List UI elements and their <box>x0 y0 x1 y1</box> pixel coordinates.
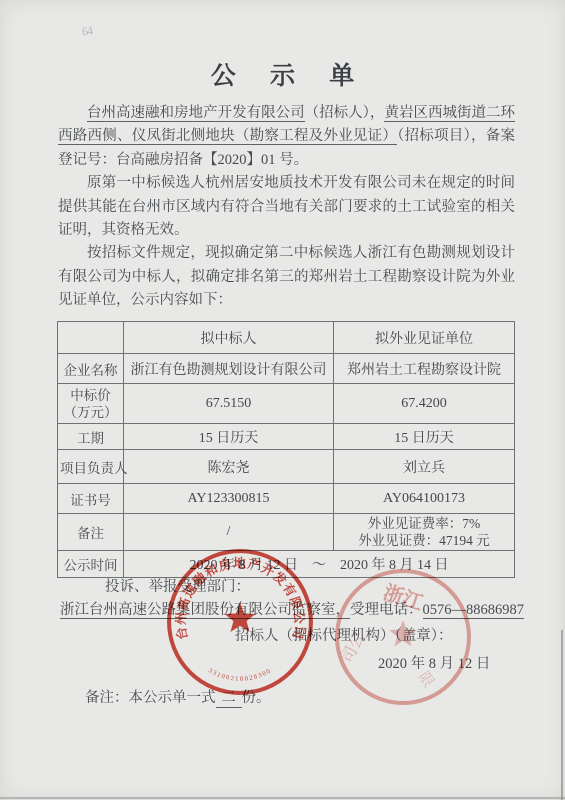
header-witness: 拟外业见证单位 <box>334 322 515 354</box>
row-label: 工期 <box>58 424 124 450</box>
signature-line: 招标人（招标代理机构）（盖章）： <box>235 624 453 645</box>
complaint-dept-line: 浙江台州高速公路集团股份有限公司监察室，受理电话：0576—88686987 <box>60 598 524 619</box>
row-label: 企业名称 <box>58 354 124 384</box>
paragraph-decision: 按招标文件规定，现拟确定第二中标候选人浙江有色勘测规划设计有限公司为中标人，拟确… <box>58 242 515 312</box>
copies-note-prefix: 备注：本公示单一式 <box>85 690 216 706</box>
row-label: 备注 <box>58 514 124 551</box>
witness-remark: 外业见证费率：7% 外业见证费：47194 元 <box>334 514 515 551</box>
witness-fee-rate: 外业见证费率：7% <box>336 515 512 532</box>
witness-manager: 刘立兵 <box>334 450 515 484</box>
witness-fee-amount: 外业见证费：47194 元 <box>336 532 512 549</box>
paragraph-project-info: 台州高速融和房地产开发有限公司（招标人），黄岩区西城街道二环西路西侧、仪凤街北侧… <box>58 102 515 172</box>
paragraph-disqualification: 原第一中标候选人杭州居安地质技术开发有限公司未在规定的时间提供其能在台州市区域内… <box>58 172 515 242</box>
winner-cert-no: AY123300815 <box>124 484 334 514</box>
witness-term: 15 日历天 <box>334 424 515 450</box>
bidder-suffix: （招标人）， <box>305 105 385 121</box>
table-row: 备注 / 外业见证费率：7% 外业见证费：47194 元 <box>58 514 515 551</box>
scanned-notice-page: 64 公 示 单 台州高速融和房地产开发有限公司（招标人），黄岩区西城街道二环西… <box>0 0 565 800</box>
bidder-name: 台州高速融和房地产开发有限公司 <box>87 105 305 122</box>
winner-price: 67.5150 <box>124 384 334 424</box>
publicity-period: 2020 年 8 月 12 日 ～ 2020 年 8 月 14 日 <box>124 551 515 578</box>
table-row: 公示时间 2020 年 8 月 12 日 ～ 2020 年 8 月 14 日 <box>58 551 515 578</box>
table-row: 企业名称 浙江有色勘测规划设计有限公司 郑州岩土工程勘察设计院 <box>58 354 515 384</box>
winner-term: 15 日历天 <box>124 424 334 450</box>
row-label-line2: （万元） <box>60 404 121 421</box>
page-title: 公 示 单 <box>0 56 565 92</box>
body-text: 台州高速融和房地产开发有限公司（招标人），黄岩区西城街道二环西路西侧、仪凤街北侧… <box>58 102 515 313</box>
row-label: 证书号 <box>58 484 124 514</box>
table-row: 中标价 （万元） 67.5150 67.4200 <box>58 384 515 424</box>
header-winner: 拟中标人 <box>124 322 334 354</box>
scan-edge-right <box>561 630 563 800</box>
witness-company: 郑州岩土工程勘察设计院 <box>334 354 515 384</box>
header-empty <box>58 322 124 354</box>
copies-note-suffix: 份。 <box>242 690 271 706</box>
copies-note: 备注：本公示单一式二份。 <box>85 686 271 708</box>
row-label: 中标价 （万元） <box>58 384 124 424</box>
table-header-row: 拟中标人 拟外业见证单位 <box>58 322 515 354</box>
winner-company: 浙江有色勘测规划设计有限公司 <box>124 354 334 384</box>
phone-number: 0576—88686987 <box>423 602 525 619</box>
phone-label: 受理电话： <box>350 602 423 618</box>
table-row: 项目负责人 陈宏尧 刘立兵 <box>58 450 515 484</box>
copies-count: 二 <box>216 686 242 708</box>
complaint-dept-label: 投诉、举报受理部门： <box>105 575 250 596</box>
winner-manager: 陈宏尧 <box>124 450 334 484</box>
witness-cert-no: AY064100173 <box>334 484 515 514</box>
row-label: 公示时间 <box>58 551 124 578</box>
seal-code-number: 33100210028300 <box>207 667 273 683</box>
row-label: 项目负责人 <box>58 450 124 484</box>
scan-edge-bottom <box>0 797 565 799</box>
svg-text:33100210028300: 33100210028300 <box>207 667 273 683</box>
winner-remark: / <box>124 514 334 551</box>
notice-table: 拟中标人 拟外业见证单位 企业名称 浙江有色勘测规划设计有限公司 郑州岩土工程勘… <box>57 321 515 578</box>
table-row: 工期 15 日历天 15 日历天 <box>58 424 515 450</box>
pencil-mark: 64 <box>81 23 93 39</box>
row-label-line1: 中标价 <box>60 387 121 404</box>
signature-date: 2020 年 8 月 12 日 <box>378 652 490 673</box>
witness-price: 67.4200 <box>334 384 515 424</box>
table-row: 证书号 AY123300815 AY064100173 <box>58 484 515 514</box>
complaint-dept-name: 浙江台州高速公路集团股份有限公司监察室， <box>60 602 350 619</box>
